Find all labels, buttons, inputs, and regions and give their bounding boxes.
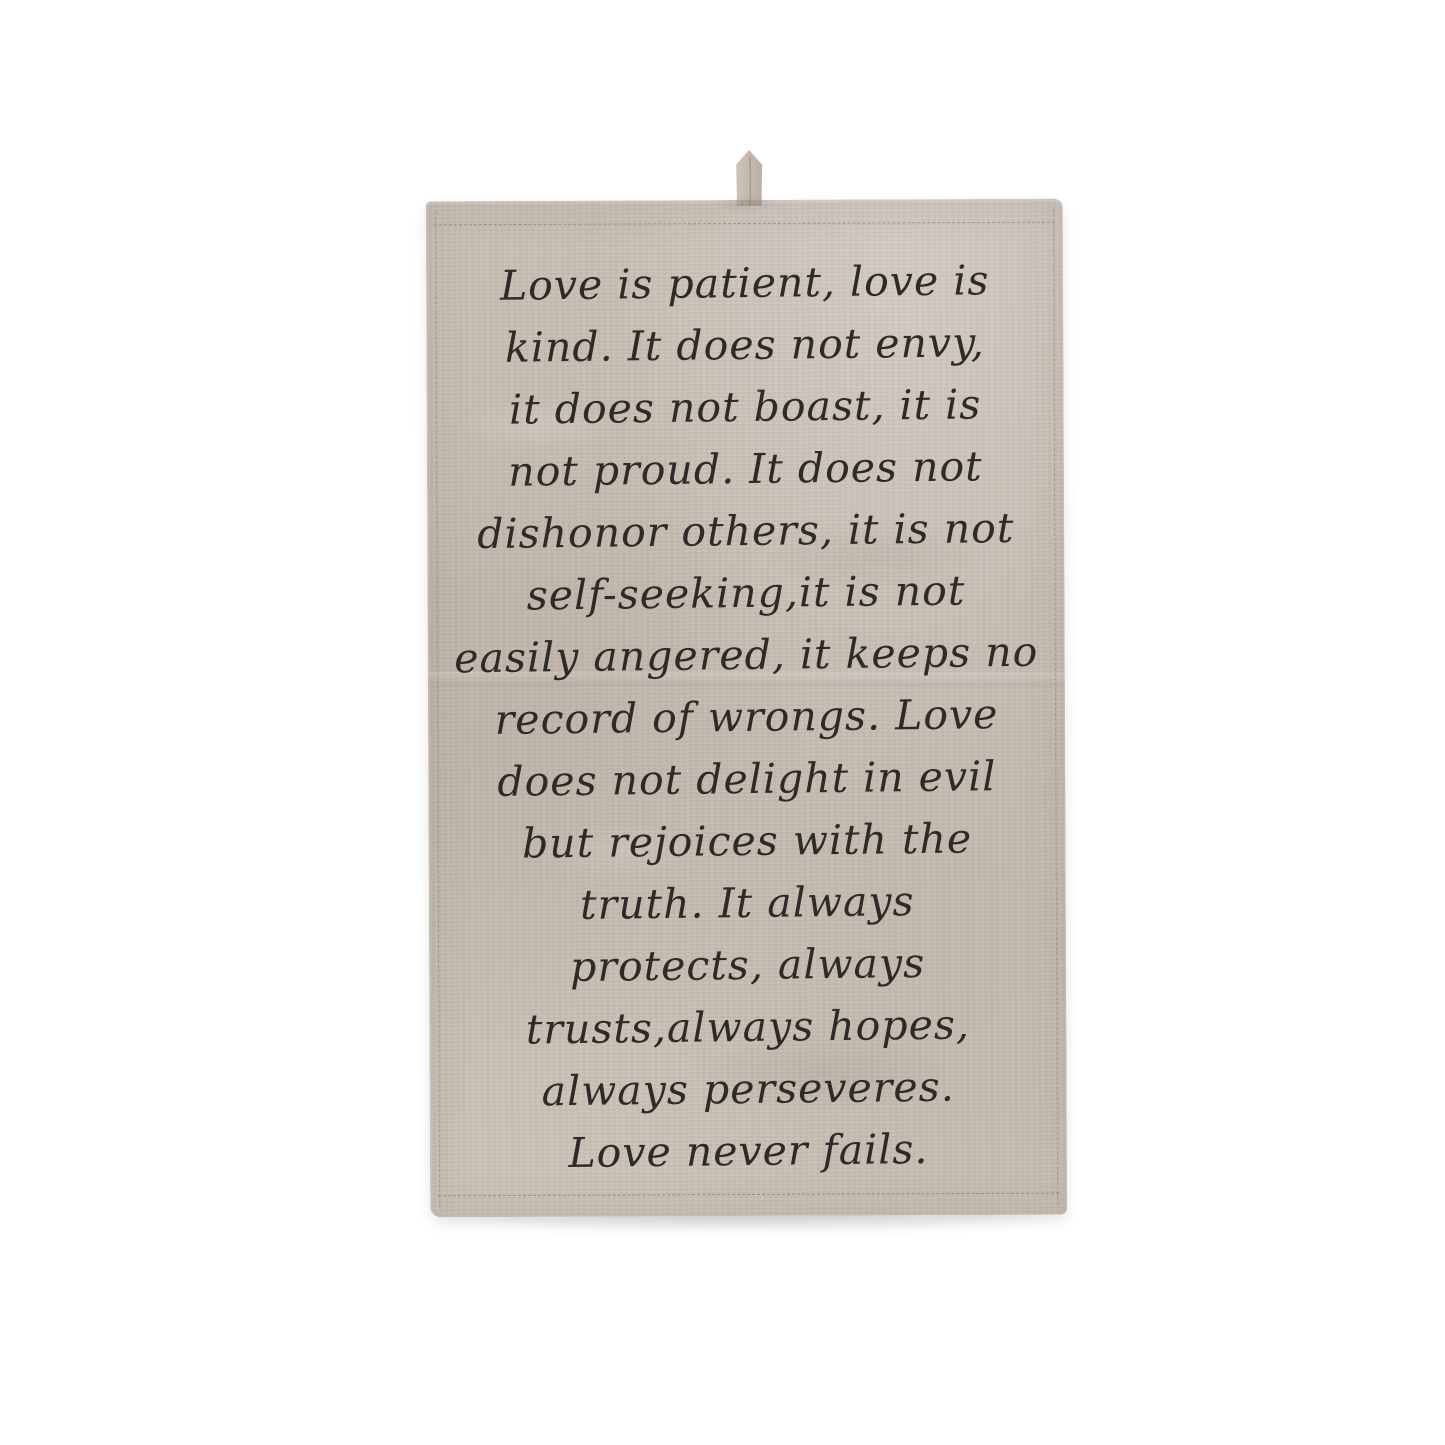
- tea-towel: Love is patient, love is kind. It does n…: [426, 199, 1067, 1218]
- quote-line: protects, always: [429, 930, 1067, 999]
- bottom-hem-stitching: [438, 1193, 1059, 1197]
- quote-line: kind. It does not envy,: [426, 310, 1064, 379]
- quote-line: record of wrongs. Love: [428, 682, 1066, 751]
- top-hem-stitching: [434, 222, 1055, 226]
- quote-line: does not delight in evil: [428, 744, 1066, 813]
- quote-line: Love never fails.: [430, 1116, 1068, 1185]
- quote-line: self-seeking,it is not: [427, 558, 1065, 627]
- quote-line: not proud. It does not: [427, 434, 1065, 503]
- quote-line: truth. It always: [429, 868, 1067, 937]
- quote-line: it does not boast, it is: [426, 372, 1064, 441]
- quote-line: trusts,always hopes,: [429, 992, 1067, 1061]
- quote-line: dishonor others, it is not: [427, 496, 1065, 565]
- quote-line: always perseveres.: [429, 1054, 1067, 1123]
- hanging-loop-tab: [732, 150, 766, 206]
- printed-verse: Love is patient, love is kind. It does n…: [426, 251, 1067, 1184]
- quote-line: easily angered, it keeps no: [427, 620, 1065, 689]
- quote-line: Love is patient, love is: [426, 248, 1064, 317]
- product-photo-scene: Love is patient, love is kind. It does n…: [0, 0, 1445, 1445]
- hanging-loop-seam: [749, 156, 750, 206]
- quote-line: but rejoices with the: [428, 806, 1066, 875]
